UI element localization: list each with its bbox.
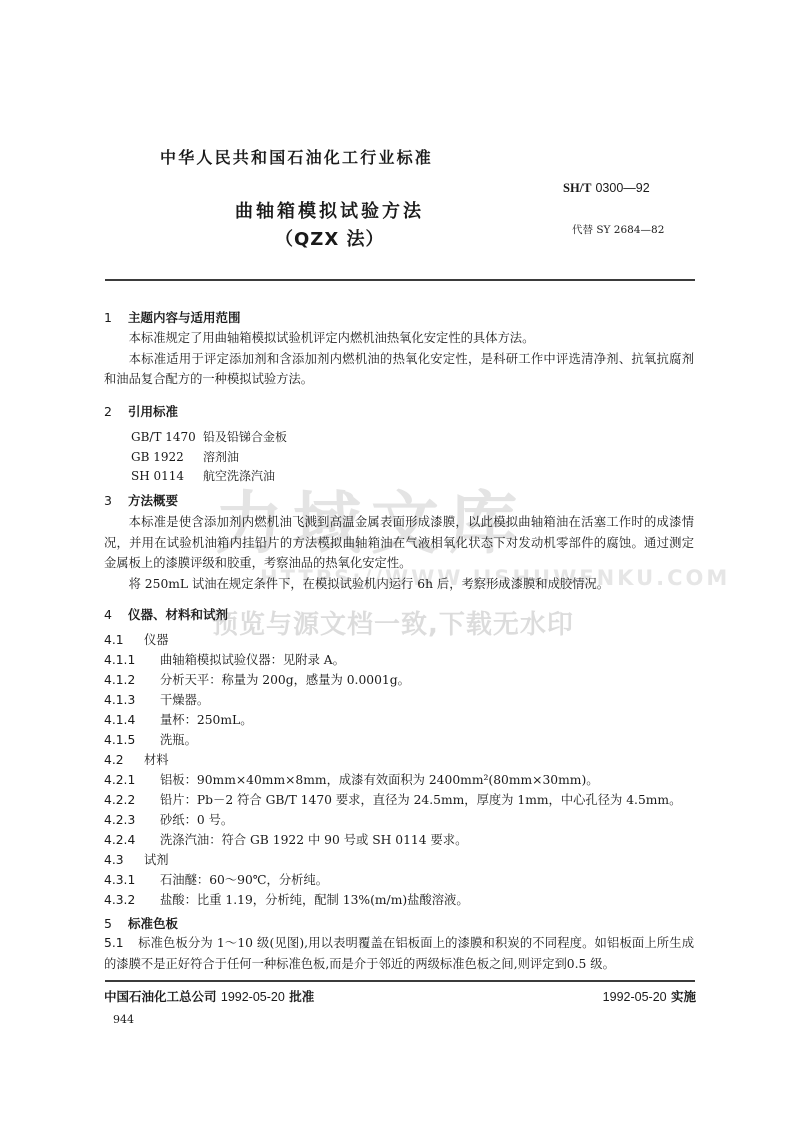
clause-4-3-1: 4.3.1石油醚：60～90℃，分析纯。	[104, 870, 328, 888]
clause-4-2: 4.2材料	[104, 750, 169, 768]
section-number: 3	[104, 493, 128, 508]
paragraph: 本标准适用于评定添加剂和含添加剂内燃机油的热氧化安定性，是科研工作中评选清净剂、…	[104, 349, 694, 390]
page-number: 944	[113, 1013, 134, 1026]
clause-4-2-1: 4.2.1铝板：90mm×40mm×8mm，成漆有效面积为 2400mm²(80…	[104, 770, 599, 788]
clause-4-1-1: 4.1.1曲轴箱模拟试验仪器：见附录 A。	[104, 650, 345, 668]
section-number: 5	[104, 916, 128, 931]
document-title: 曲轴箱模拟试验方法	[235, 197, 424, 223]
clause-text: 仪器	[144, 633, 169, 647]
clause-number: 4.1.2	[104, 673, 160, 687]
clause-number: 4.1.3	[104, 693, 160, 707]
reference-name: 溶剂油	[203, 450, 239, 464]
clause-4-2-3: 4.2.3砂纸：0 号。	[104, 810, 233, 828]
clause-text: 石油醚：60～90℃，分析纯。	[160, 873, 328, 887]
clause-number: 4.1.4	[104, 713, 160, 727]
issuing-authority: 中华人民共和国石油化工行业标准	[160, 145, 433, 168]
paragraph: 本标准是使含添加剂内燃机油飞溅到高温金属表面形成漆膜，以此模拟曲轴箱油在活塞工作…	[104, 512, 694, 574]
clause-number: 4.2.3	[104, 813, 160, 827]
section-1-body: 本标准规定了用曲轴箱模拟试验机评定内燃机油热氧化安定性的具体方法。 本标准适用于…	[104, 328, 694, 390]
reference-code: SH 0114	[131, 469, 203, 483]
section-title: 标准色板	[128, 916, 178, 931]
footer-divider	[105, 980, 695, 982]
implementation-date: 1992-05-20	[603, 990, 667, 1004]
clause-number: 4.1.1	[104, 653, 160, 667]
replaces-standard: 代替 SY 2684—82	[572, 222, 664, 237]
approving-organization: 中国石油化工总公司	[104, 989, 217, 1004]
paragraph: 将 250mL 试油在规定条件下，在模拟试验机内运行 6h 后，考察形成漆膜和成…	[104, 574, 694, 595]
clause-4-3-2: 4.3.2盐酸：比重 1.19，分析纯，配制 13%(m/m)盐酸溶液。	[104, 890, 469, 908]
clause-text: 砂纸：0 号。	[160, 813, 233, 827]
clause-5-1: 5.1标准色板分为 1～10 级(见图),用以表明覆盖在铝板面上的漆膜和积炭的不…	[104, 933, 694, 974]
clause-4-1-3: 4.1.3干燥器。	[104, 690, 209, 708]
clause-4-3: 4.3试剂	[104, 850, 169, 868]
reference-code: GB 1922	[131, 450, 203, 464]
clause-4-2-2: 4.2.2铅片：Pb－2 符合 GB/T 1470 要求，直径为 24.5mm，…	[104, 790, 681, 808]
reference-item: SH 0114航空洗涤汽油	[131, 467, 275, 484]
clause-4-2-4: 4.2.4洗涤汽油：符合 GB 1922 中 90 号或 SH 0114 要求。	[104, 830, 467, 848]
clause-text: 铝板：90mm×40mm×8mm，成漆有效面积为 2400mm²(80mm×30…	[160, 773, 599, 787]
section-3-heading: 3方法概要	[104, 491, 178, 509]
reference-item: GB 1922溶剂油	[131, 448, 239, 465]
clause-number: 4.2.2	[104, 793, 160, 807]
approval-date: 1992-05-20	[221, 990, 285, 1004]
clause-number: 5.1	[104, 933, 138, 954]
clause-number: 4.2	[104, 753, 144, 767]
implementation-label: 实施	[671, 989, 696, 1004]
standard-number-value: 0300—92	[595, 181, 649, 195]
clause-4-1: 4.1仪器	[104, 630, 169, 648]
section-title: 仪器、材料和试剂	[128, 607, 228, 622]
section-5-heading: 5标准色板	[104, 914, 178, 932]
approval-info: 中国石油化工总公司 1992-05-20 批准	[104, 987, 314, 1005]
section-number: 2	[104, 404, 128, 419]
clause-4-1-2: 4.1.2分析天平：称量为 200g，感量为 0.0001g。	[104, 670, 410, 688]
section-title: 引用标准	[128, 404, 178, 419]
section-5-body: 5.1标准色板分为 1～10 级(见图),用以表明覆盖在铝板面上的漆膜和积炭的不…	[104, 933, 694, 974]
approval-label: 批准	[289, 989, 314, 1004]
clause-text: 量杯：250mL。	[160, 713, 253, 727]
clause-text: 曲轴箱模拟试验仪器：见附录 A。	[160, 653, 345, 667]
clause-text: 材料	[144, 753, 169, 767]
section-3-body: 本标准是使含添加剂内燃机油飞溅到高温金属表面形成漆膜，以此模拟曲轴箱油在活塞工作…	[104, 512, 694, 594]
section-number: 4	[104, 607, 128, 622]
clause-number: 4.2.1	[104, 773, 160, 787]
section-2-heading: 2引用标准	[104, 402, 178, 420]
clause-text: 洗涤汽油：符合 GB 1922 中 90 号或 SH 0114 要求。	[160, 833, 467, 847]
clause-text: 盐酸：比重 1.19，分析纯，配制 13%(m/m)盐酸溶液。	[160, 893, 469, 907]
clause-4-1-4: 4.1.4量杯：250mL。	[104, 710, 253, 728]
standard-number: SH/T 0300—92	[563, 180, 650, 196]
reference-item: GB/T 1470铅及铅锑合金板	[131, 428, 287, 445]
section-4-heading: 4仪器、材料和试剂	[104, 605, 228, 623]
document-subtitle: （QZX 法）	[275, 225, 385, 251]
watermark-notice: 预览与源文档一致,下载无水印	[212, 604, 574, 641]
clause-number: 4.3.2	[104, 893, 160, 907]
clause-number: 4.3	[104, 853, 144, 867]
reference-name: 航空洗涤汽油	[203, 469, 275, 483]
clause-number: 4.3.1	[104, 873, 160, 887]
clause-text: 试剂	[144, 853, 169, 867]
clause-number: 4.1.5	[104, 733, 160, 747]
section-title: 方法概要	[128, 493, 178, 508]
clause-text: 分析天平：称量为 200g，感量为 0.0001g。	[160, 673, 410, 687]
section-number: 1	[104, 310, 128, 325]
clause-number: 4.2.4	[104, 833, 160, 847]
header-divider	[105, 279, 695, 281]
reference-name: 铅及铅锑合金板	[203, 430, 287, 444]
reference-code: GB/T 1470	[131, 430, 203, 444]
clause-text: 干燥器。	[160, 693, 209, 707]
standard-prefix: SH/T	[563, 181, 592, 195]
section-title: 主题内容与适用范围	[128, 310, 241, 325]
implementation-info: 1992-05-20 实施	[603, 987, 696, 1005]
clause-number: 4.1	[104, 633, 144, 647]
clause-text: 标准色板分为 1～10 级(见图),用以表明覆盖在铝板面上的漆膜和积炭的不同程度…	[104, 936, 694, 971]
clause-text: 洗瓶。	[160, 733, 197, 747]
clause-text: 铅片：Pb－2 符合 GB/T 1470 要求，直径为 24.5mm，厚度为 1…	[160, 793, 681, 807]
clause-4-1-5: 4.1.5洗瓶。	[104, 730, 197, 748]
paragraph: 本标准规定了用曲轴箱模拟试验机评定内燃机油热氧化安定性的具体方法。	[104, 328, 694, 349]
section-1-heading: 1主题内容与适用范围	[104, 308, 241, 326]
